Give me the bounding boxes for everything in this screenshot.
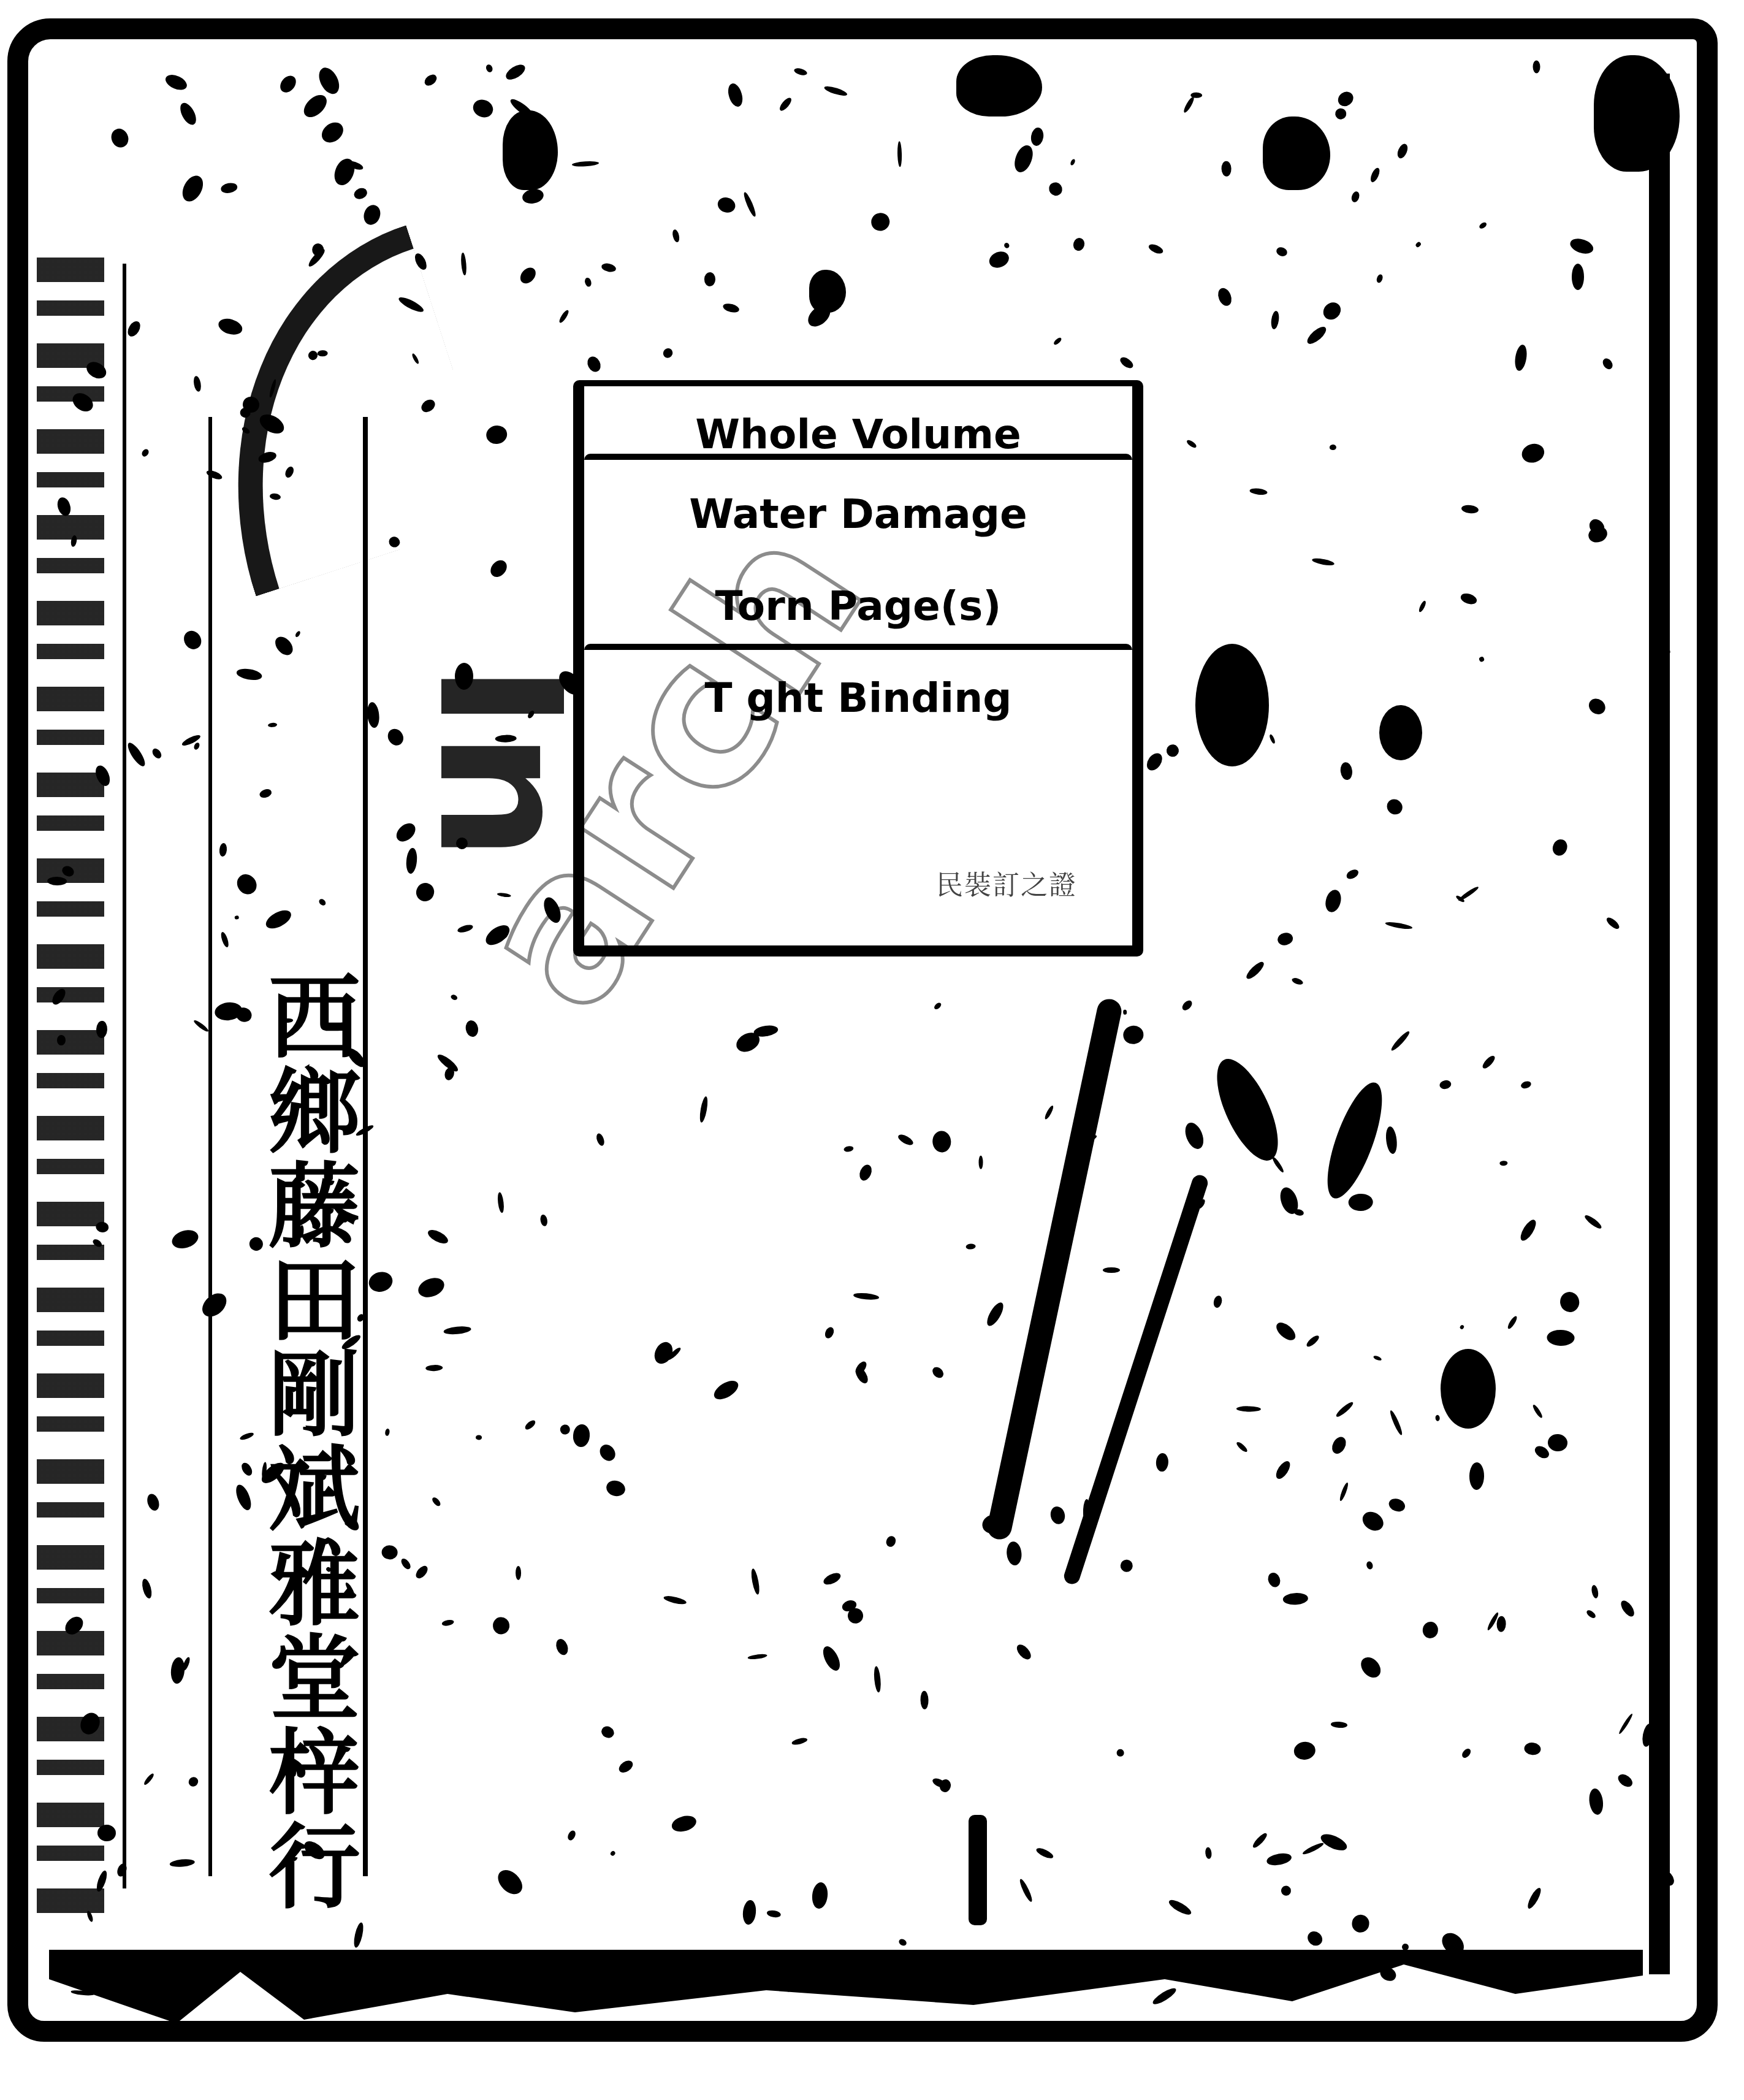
- illustration-stroke: [969, 1815, 987, 1925]
- spine-text-column: [37, 258, 104, 1913]
- ink-blot: [956, 55, 1042, 116]
- publisher-vertical-text: 西鄉藤田剛斌雅堂梓行: [242, 969, 352, 1913]
- ink-speck: [979, 1156, 983, 1169]
- ink-speck: [516, 1566, 521, 1580]
- ink-speck: [97, 1824, 116, 1841]
- ink-speck: [704, 272, 716, 286]
- label-water-damage: Water Damage: [584, 491, 1132, 538]
- ink-speck: [1329, 445, 1336, 450]
- ink-speck: [475, 1435, 482, 1440]
- ink-speck: [1533, 61, 1540, 74]
- ink-speck: [1233, 655, 1244, 665]
- illustration-stroke: [1379, 705, 1422, 760]
- ink-speck: [1572, 264, 1584, 290]
- ink-speck: [454, 663, 473, 690]
- label-whole-volume: Whole Volume: [584, 411, 1132, 458]
- ink-blot: [503, 110, 558, 190]
- ink-speck: [57, 1035, 66, 1045]
- illustration-stroke: [1195, 644, 1269, 766]
- handwritten-note: 民裝訂之證: [936, 863, 1077, 903]
- illustration-stroke: [1441, 1349, 1496, 1429]
- ink-speck: [1103, 1267, 1120, 1273]
- cover-right-edge: [1649, 74, 1670, 1974]
- ink-speck: [1496, 1616, 1506, 1632]
- spine-rule: [123, 264, 126, 1888]
- ink-speck: [1222, 161, 1232, 177]
